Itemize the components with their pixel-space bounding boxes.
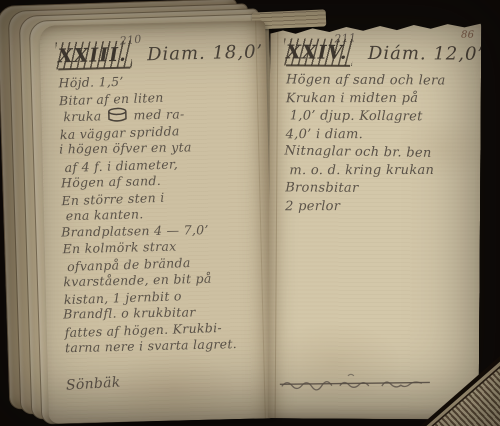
section-numeral-struck: XXIII.	[58, 44, 130, 71]
manuscript-line: 4,0’ i diam.	[286, 126, 473, 144]
manuscript-line: m. o. d. kring krukan	[289, 162, 472, 180]
heading-text: Diam. 18,0’	[147, 41, 264, 65]
crossed-out-scribble	[278, 371, 438, 396]
manuscript-line: Bronsbitar	[285, 179, 472, 198]
heading-text: Diám. 12,0’ H.1.5	[368, 43, 500, 65]
manuscript-line: 1,0’ djup. Kollagret	[290, 107, 473, 126]
manuscript-lines-right: Högen af sand och leraKrukan i midten på…	[285, 71, 473, 216]
manuscript-lines-left: Höjd. 1,5’Bitar af en litenkrukamed ra-k…	[58, 70, 265, 356]
entry-heading-right: XXIV. Diám. 12,0’ H.1.5	[286, 41, 473, 67]
pot-sketch	[105, 107, 129, 125]
manuscript-line: Nitnaglar och br. ben	[284, 143, 472, 164]
fan-page-edges	[420, 356, 500, 426]
section-numeral-struck: XXIV.	[286, 41, 351, 66]
manuscript-line: Krukan i midten på	[286, 90, 473, 108]
manuscript-line: Högen af sand och lera	[286, 71, 473, 90]
footer-word: Sönbäk	[66, 365, 267, 393]
entry-heading-left: XXIII. Diam. 18,0’	[58, 40, 259, 70]
manuscript-line: Brandplatsen 4 — 7,0’	[61, 221, 262, 241]
manuscript-line: 2 perlor	[285, 198, 472, 216]
left-page: 210 XXIII. Diam. 18,0’ Höjd. 1,5’Bitar a…	[39, 20, 275, 423]
notebook-photo: 210 XXIII. Diam. 18,0’ Höjd. 1,5’Bitar a…	[0, 0, 500, 426]
